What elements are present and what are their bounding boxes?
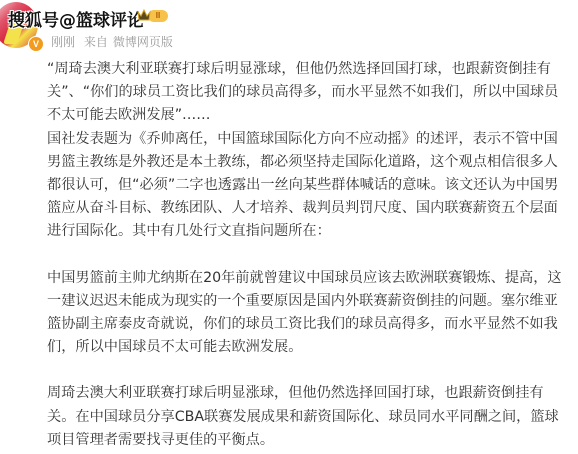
paragraph-commentary: 国社发表题为《乔帅离任，中国篮球国际化方向不应动摇》的述评，表示不管中国男篮主教… [47, 128, 567, 244]
paragraph-salary-issue: 中国男篮前主帅尤纳斯在20年前就曾建议中国球员应该去欧洲联赛锻炼、提高，这一建议… [47, 267, 567, 360]
crown-icon [137, 9, 151, 21]
source-link[interactable]: 微博网页版 [113, 35, 173, 49]
verified-v-icon: V [28, 36, 44, 52]
timestamp: 刚刚 [51, 35, 75, 49]
paragraph-spacer [47, 244, 567, 267]
level-badge-icon: II [148, 10, 168, 22]
post-meta: 刚刚 来自微博网页版 [51, 33, 178, 50]
post-content: “周琦去澳大利亚联赛打球后明显涨球，但他仍然选择回国打球，也跟薪资倒挂有关”、“… [47, 58, 567, 452]
paragraph-conclusion: 周琦去澳大利亚联赛打球后明显涨球，但他仍然选择回国打球，也跟薪资倒挂有关。在中国… [47, 382, 567, 452]
source-prefix: 来自 [84, 35, 108, 49]
paragraph-spacer [47, 359, 567, 382]
watermark-username[interactable]: 搜狐号@篮球评论 [8, 6, 144, 31]
paragraph-quote: “周琦去澳大利亚联赛打球后明显涨球，但他仍然选择回国打球，也跟薪资倒挂有关”、“… [47, 58, 567, 128]
